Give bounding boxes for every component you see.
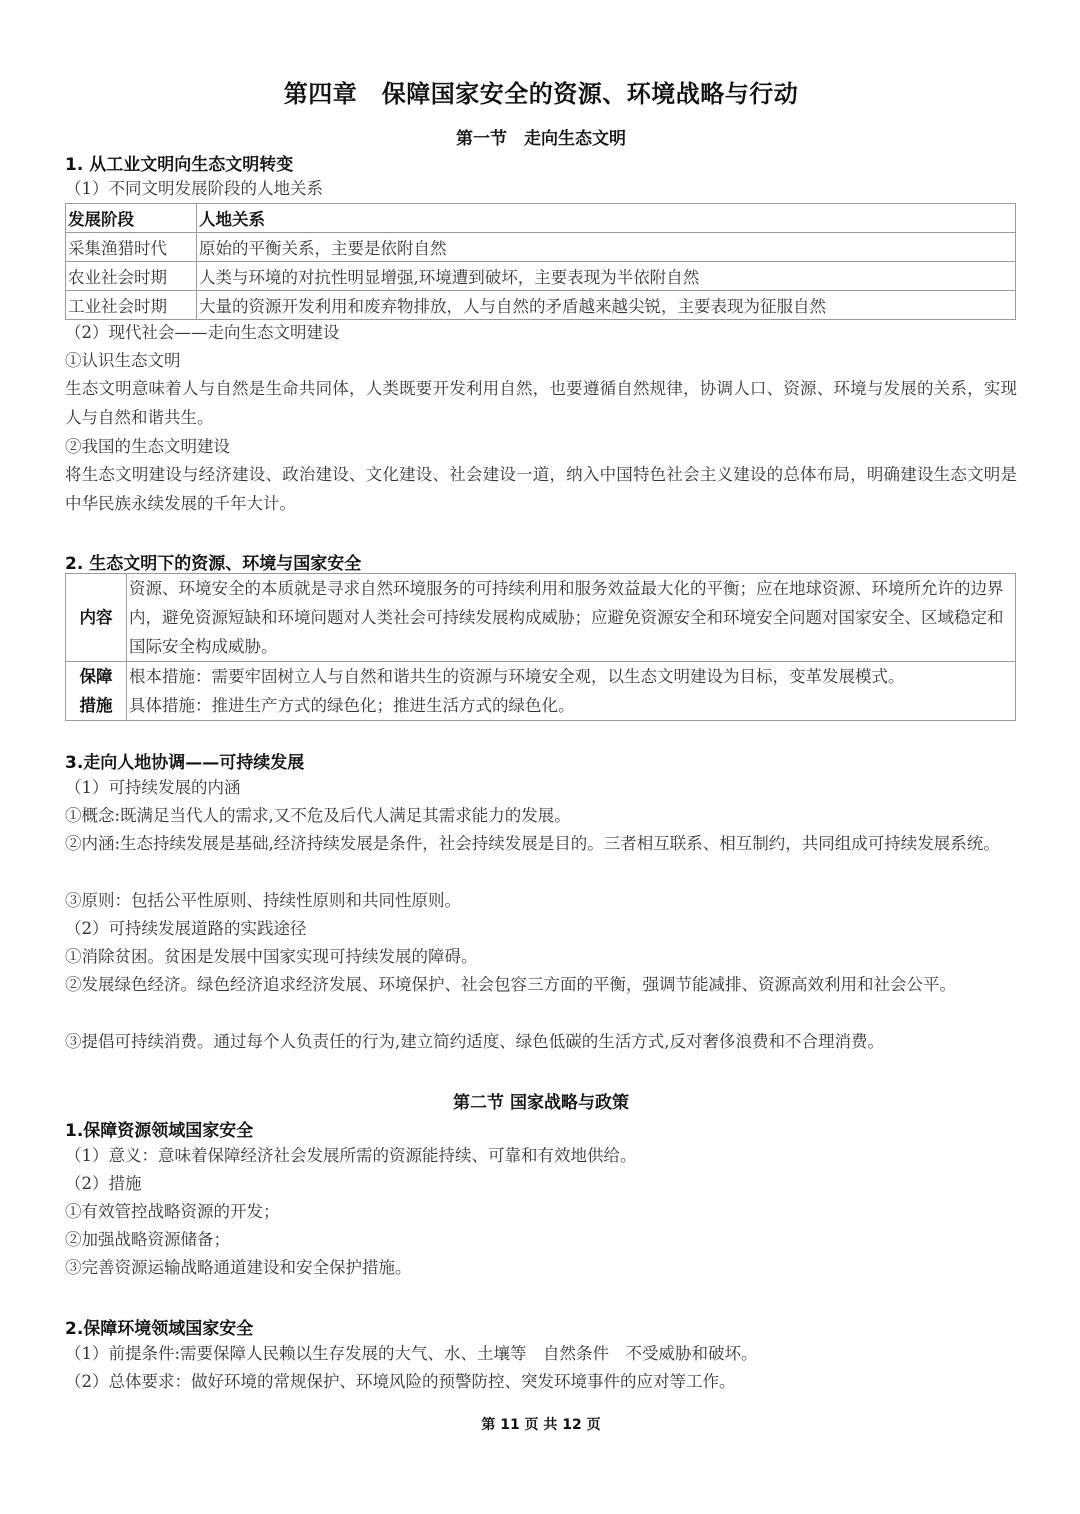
subheading-1-1-1: （1）不同文明发展阶段的人地关系: [65, 178, 323, 200]
table-row: 采集渔猎时代 原始的平衡关系，主要是依附自然: [66, 233, 1016, 262]
table-row: 工业社会时期 大量的资源开发利用和废弃物排放，人与自然的矛盾越来越尖锐，主要表现…: [66, 291, 1016, 320]
heading-1-3: 3.走向人地协调——可持续发展: [65, 748, 304, 773]
page-number: 第 11 页 共 12 页: [65, 1414, 1017, 1434]
table-cell: 农业社会时期: [66, 262, 197, 291]
subheading: （2）措施: [65, 1173, 142, 1195]
list-item: ①有效管控战略资源的开发；: [65, 1201, 280, 1223]
label-line: 措施: [68, 691, 124, 720]
subheading: （2）可持续发展道路的实践途径: [65, 918, 307, 940]
section-title-1: 第一节 走向生态文明: [65, 124, 1017, 149]
table-cell: 大量的资源开发利用和废弃物排放，人与自然的矛盾越来越尖锐，主要表现为征服自然: [197, 291, 1016, 320]
measure-line: 具体措施：推进生产方式的绿色化；推进生活方式的绿色化。: [129, 691, 1013, 720]
paragraph: 生态文明意味着人与自然是生命共同体，人类既要开发利用自然，也要遵循自然规律，协调…: [65, 374, 1017, 432]
list-item: ②加强战略资源储备；: [65, 1229, 230, 1251]
subheading-1-1-2: （2）现代社会——走向生态文明建设: [65, 322, 340, 344]
list-item: ①消除贫困。贫困是发展中国家实现可持续发展的障碍。: [65, 946, 478, 968]
heading-2-2: 2.保障环境领域国家安全: [65, 1314, 253, 1339]
list-item: ③原则：包括公平性原则、持续性原则和共同性原则。: [65, 890, 461, 912]
table-header-cell: 发展阶段: [66, 204, 197, 233]
subheading: （1）可持续发展的内涵: [65, 777, 241, 799]
table-cell: 工业社会时期: [66, 291, 197, 320]
table-cell: 根本措施：需要牢固树立人与自然和谐共生的资源与环境安全观，以生态文明建设为目标，…: [127, 662, 1016, 721]
heading-2-1: 1.保障资源领域国家安全: [65, 1116, 253, 1141]
paragraph: ②内涵:生态持续发展是基础,经济持续发展是条件，社会持续发展是目的。三者相互联系…: [65, 829, 1017, 858]
heading-1-1: 1. 从工业文明向生态文明转变: [65, 150, 293, 175]
table-cell: 采集渔猎时代: [66, 233, 197, 262]
civilization-stage-table: 发展阶段 人地关系 采集渔猎时代 原始的平衡关系，主要是依附自然 农业社会时期 …: [65, 203, 1016, 320]
list-item: ③完善资源运输战略通道建设和安全保护措施。: [65, 1257, 412, 1279]
list-item: ③提倡可持续消费。通过每个人负责任的行为,建立简约适度、绿色低碳的生活方式,反对…: [65, 1031, 884, 1053]
paragraph: 将生态文明建设与经济建设、政治建设、文化建设、社会建设一道，纳入中国特色社会主义…: [65, 460, 1017, 518]
table-row-label: 内容: [66, 574, 127, 662]
table-row-label: 保障 措施: [66, 662, 127, 721]
list-item: （2）总体要求：做好环境的常规保护、环境风险的预警防控、突发环境事件的应对等工作…: [65, 1371, 736, 1393]
list-item: ②我国的生态文明建设: [65, 436, 230, 458]
chapter-title: 第四章 保障国家安全的资源、环境战略与行动: [65, 74, 1017, 109]
table-header-row: 发展阶段 人地关系: [66, 204, 1016, 233]
section-title-2: 第二节 国家战略与政策: [65, 1088, 1017, 1113]
list-item: （1）意义：意味着保障经济社会发展所需的资源能持续、可靠和有效地供给。: [65, 1145, 637, 1167]
table-header-cell: 人地关系: [197, 204, 1016, 233]
list-item: ①认识生态文明: [65, 350, 181, 372]
table-row: 内容 资源、环境安全的本质就是寻求自然环境服务的可持续利用和服务效益最大化的平衡…: [66, 574, 1016, 662]
table-cell: 资源、环境安全的本质就是寻求自然环境服务的可持续利用和服务效益最大化的平衡；应在…: [127, 574, 1016, 662]
heading-1-2: 2. 生态文明下的资源、环境与国家安全: [65, 549, 361, 574]
label-line: 保障: [68, 662, 124, 691]
table-cell: 人类与环境的对抗性明显增强,环境遭到破坏，主要表现为半依附自然: [197, 262, 1016, 291]
table-row: 农业社会时期 人类与环境的对抗性明显增强,环境遭到破坏，主要表现为半依附自然: [66, 262, 1016, 291]
list-item: ①概念:既满足当代人的需求,又不危及后代人满足其需求能力的发展。: [65, 805, 571, 827]
security-table: 内容 资源、环境安全的本质就是寻求自然环境服务的可持续利用和服务效益最大化的平衡…: [65, 573, 1016, 721]
paragraph: ②发展绿色经济。绿色经济追求经济发展、环境保护、社会包容三方面的平衡，强调节能减…: [65, 970, 1017, 999]
list-item: （1）前提条件:需要保障人民赖以生存发展的大气、水、土壤等 自然条件 不受威胁和…: [65, 1343, 758, 1365]
table-row: 保障 措施 根本措施：需要牢固树立人与自然和谐共生的资源与环境安全观，以生态文明…: [66, 662, 1016, 721]
table-cell: 原始的平衡关系，主要是依附自然: [197, 233, 1016, 262]
measure-line: 根本措施：需要牢固树立人与自然和谐共生的资源与环境安全观，以生态文明建设为目标，…: [129, 662, 1013, 691]
